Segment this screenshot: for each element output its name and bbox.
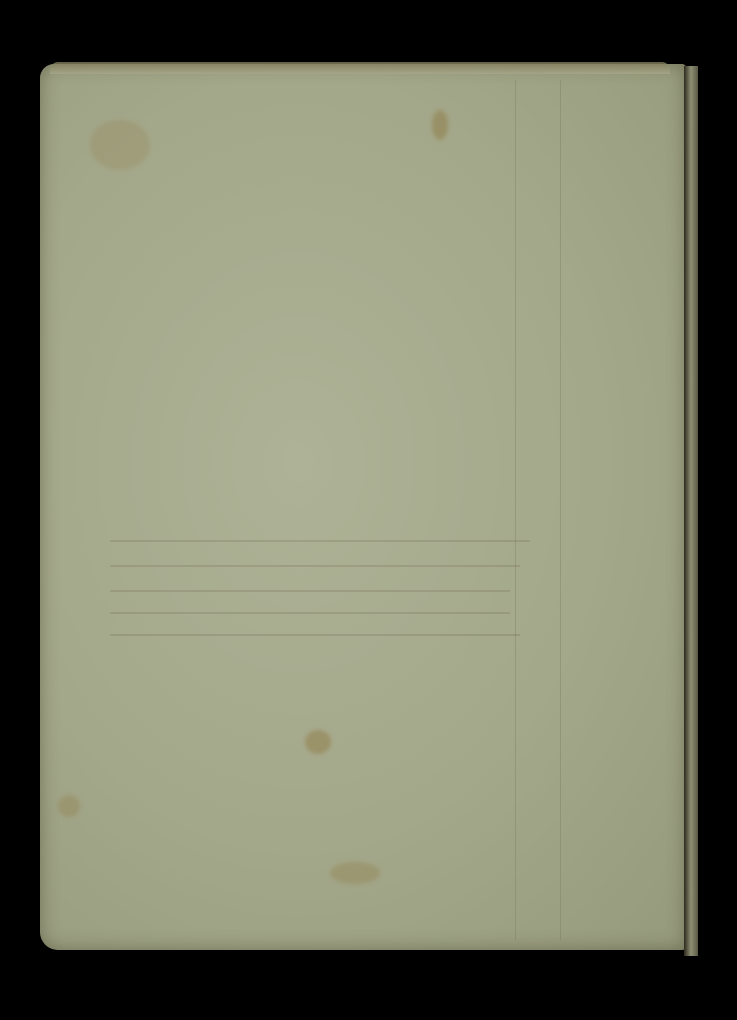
ink-stain (432, 110, 448, 140)
bleed-through-line (110, 590, 510, 592)
bleed-through-line (110, 634, 520, 636)
manuscript-page (40, 64, 686, 950)
water-stain (330, 862, 380, 884)
page-top-edge (50, 62, 670, 74)
book-spine-edge (684, 66, 698, 956)
bleed-through-line (110, 612, 510, 614)
water-stain (305, 730, 331, 754)
page-text (40, 64, 41, 65)
water-stain (58, 795, 80, 817)
ruled-margin-line (515, 80, 516, 940)
ruled-margin-line (560, 80, 561, 940)
bleed-through-line (110, 565, 520, 567)
water-stain (90, 120, 150, 170)
bleed-through-line (110, 540, 530, 542)
